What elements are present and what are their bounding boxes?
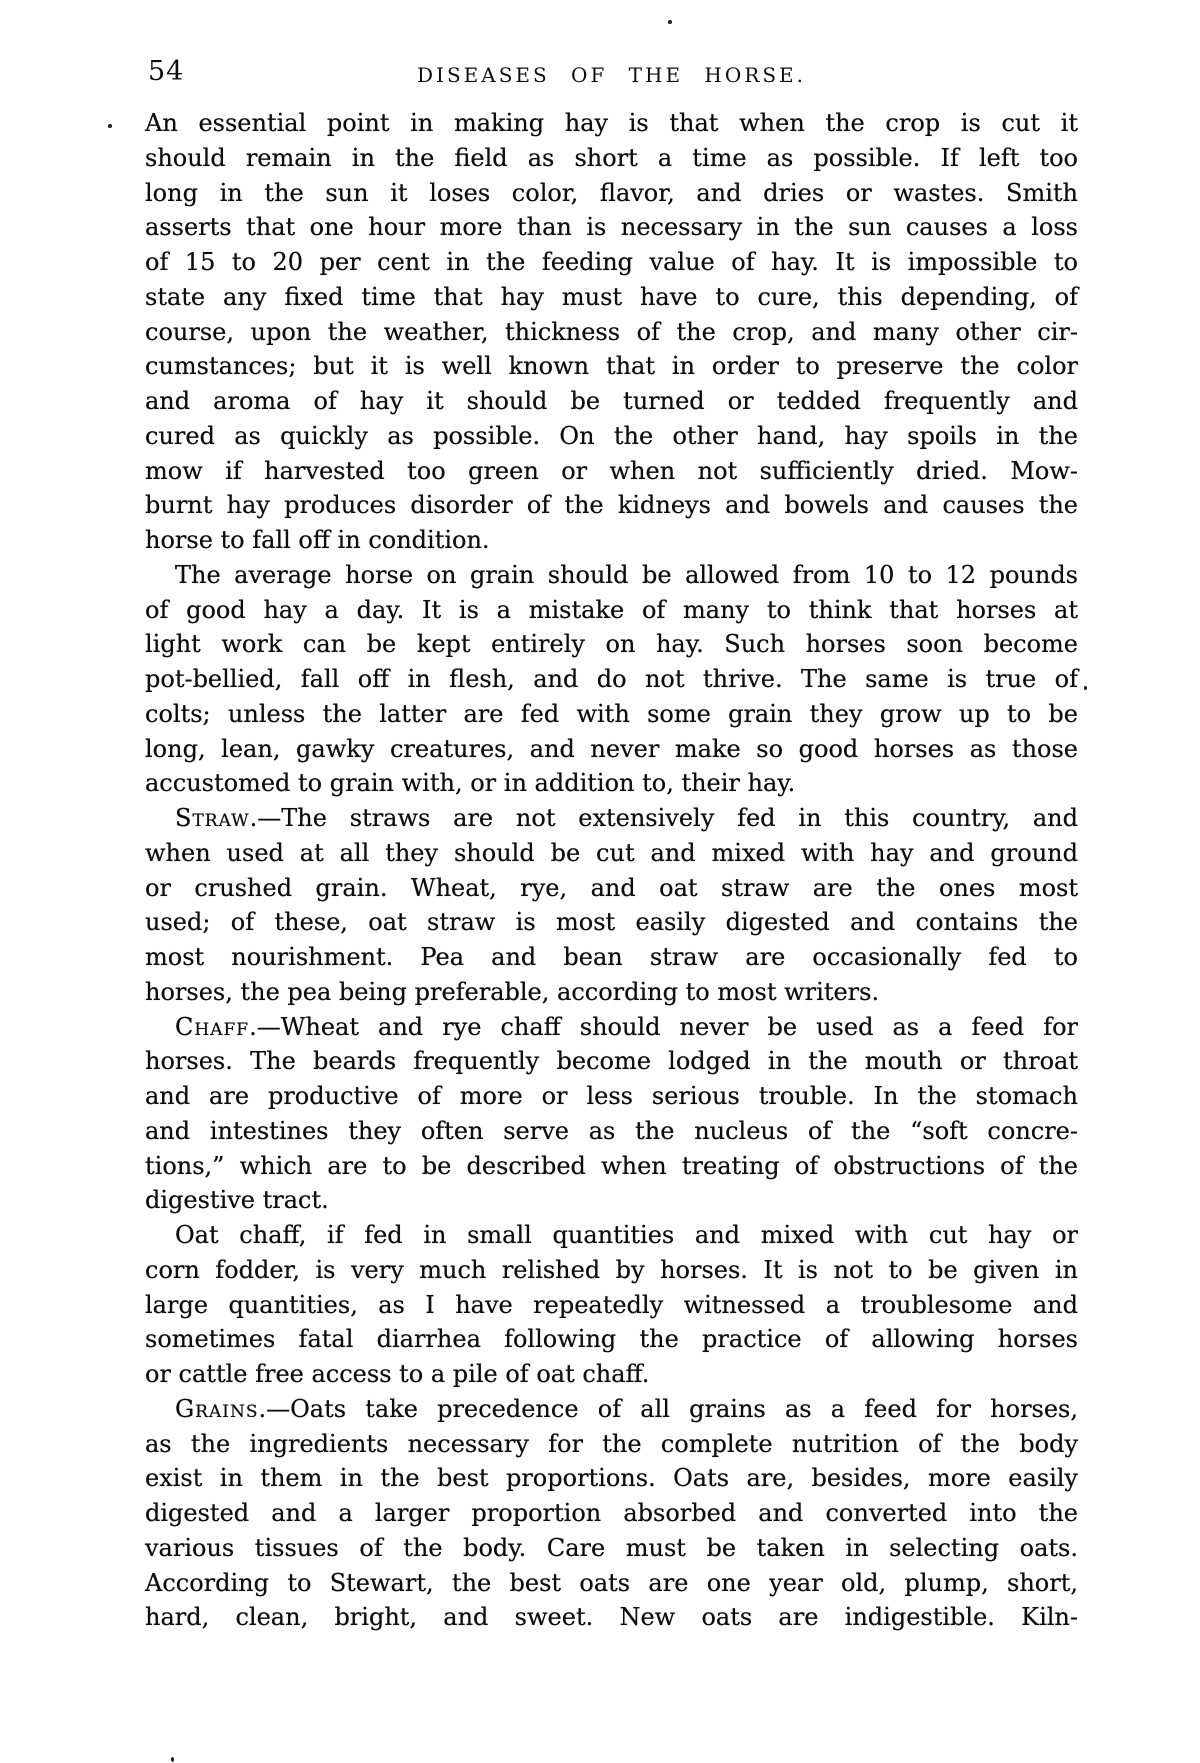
text-line: colts; unless the latter are fed with so… (145, 697, 1078, 732)
text-line: as the ingredients necessary for the com… (145, 1427, 1078, 1462)
text-line: The average horse on grain should be all… (145, 558, 1078, 593)
text-line: According to Stewart, the best oats are … (145, 1566, 1078, 1601)
paragraph: Chaff.—Wheat and rye chaff should never … (145, 1010, 1078, 1219)
text-line: of 15 to 20 per cent in the feeding valu… (145, 245, 1078, 280)
text-line: Straw.—The straws are not extensively fe… (145, 801, 1078, 836)
page-body: An essential point in making hay is that… (145, 106, 1078, 1635)
text-line: or crushed grain. Wheat, rye, and oat st… (145, 871, 1078, 906)
text-line: used; of these, oat straw is most easily… (145, 905, 1078, 940)
section-lead: Grains (175, 1395, 259, 1423)
text-line: horse to fall off in condition. (145, 523, 1078, 558)
running-head: DISEASES OF THE HORSE. (145, 63, 1078, 87)
text-line: exist in them in the best proportions. O… (145, 1461, 1078, 1496)
scan-speck (108, 124, 112, 128)
text-line: An essential point in making hay is that… (145, 106, 1078, 141)
text-line: tions,” which are to be described when t… (145, 1149, 1078, 1184)
text-line: corn fodder, is very much relished by ho… (145, 1253, 1078, 1288)
scan-speck (171, 1757, 174, 1762)
text-line: hard, clean, bright, and sweet. New oats… (145, 1600, 1078, 1635)
text-line: pot-bellied, fall off in flesh, and do n… (145, 662, 1078, 697)
text-line: accustomed to grain with, or in addition… (145, 766, 1078, 801)
text-line: light work can be kept entirely on hay. … (145, 627, 1078, 662)
paragraph: The average horse on grain should be all… (145, 558, 1078, 801)
section-lead: Straw (175, 804, 250, 832)
text-line: cured as quickly as possible. On the oth… (145, 419, 1078, 454)
text-line: of good hay a day. It is a mistake of ma… (145, 593, 1078, 628)
text-line: state any fixed time that hay must have … (145, 280, 1078, 315)
text-line: horses, the pea being preferable, accord… (145, 975, 1078, 1010)
text-line: sometimes fatal diarrhea following the p… (145, 1322, 1078, 1357)
paragraph: Straw.—The straws are not extensively fe… (145, 801, 1078, 1010)
paragraph: Grains.—Oats take precedence of all grai… (145, 1392, 1078, 1635)
text-line: asserts that one hour more than is neces… (145, 210, 1078, 245)
text-line: and are productive of more or less serio… (145, 1079, 1078, 1114)
section-lead: Chaff (175, 1013, 249, 1041)
text-line: large quantities, as I have repeatedly w… (145, 1288, 1078, 1323)
text-line: or cattle free access to a pile of oat c… (145, 1357, 1078, 1392)
text-line: cumstances; but it is well known that in… (145, 349, 1078, 384)
text-line: when used at all they should be cut and … (145, 836, 1078, 871)
text-line: Chaff.—Wheat and rye chaff should never … (145, 1010, 1078, 1045)
text-line: burnt hay produces disorder of the kidne… (145, 488, 1078, 523)
text-line: digested and a larger proportion absorbe… (145, 1496, 1078, 1531)
scan-speck (668, 20, 672, 24)
paragraph: An essential point in making hay is that… (145, 106, 1078, 558)
scan-speck (1084, 686, 1087, 690)
text-line: long in the sun it loses color, flavor, … (145, 176, 1078, 211)
text-line: and intestines they often serve as the n… (145, 1114, 1078, 1149)
text-line: mow if harvested too green or when not s… (145, 454, 1078, 489)
text-line: Oat chaff, if fed in small quantities an… (145, 1218, 1078, 1253)
text-line: and aroma of hay it should be turned or … (145, 384, 1078, 419)
paragraph: Oat chaff, if fed in small quantities an… (145, 1218, 1078, 1392)
text-line: horses. The beards frequently become lod… (145, 1044, 1078, 1079)
text-line: Grains.—Oats take precedence of all grai… (145, 1392, 1078, 1427)
text-line: long, lean, gawky creatures, and never m… (145, 732, 1078, 767)
text-line: course, upon the weather, thickness of t… (145, 315, 1078, 350)
text-line: should remain in the field as short a ti… (145, 141, 1078, 176)
text-line: various tissues of the body. Care must b… (145, 1531, 1078, 1566)
text-line: digestive tract. (145, 1183, 1078, 1218)
text-line: most nourishment. Pea and bean straw are… (145, 940, 1078, 975)
scanned-book-page: 54 DISEASES OF THE HORSE. An essential p… (0, 0, 1200, 1763)
